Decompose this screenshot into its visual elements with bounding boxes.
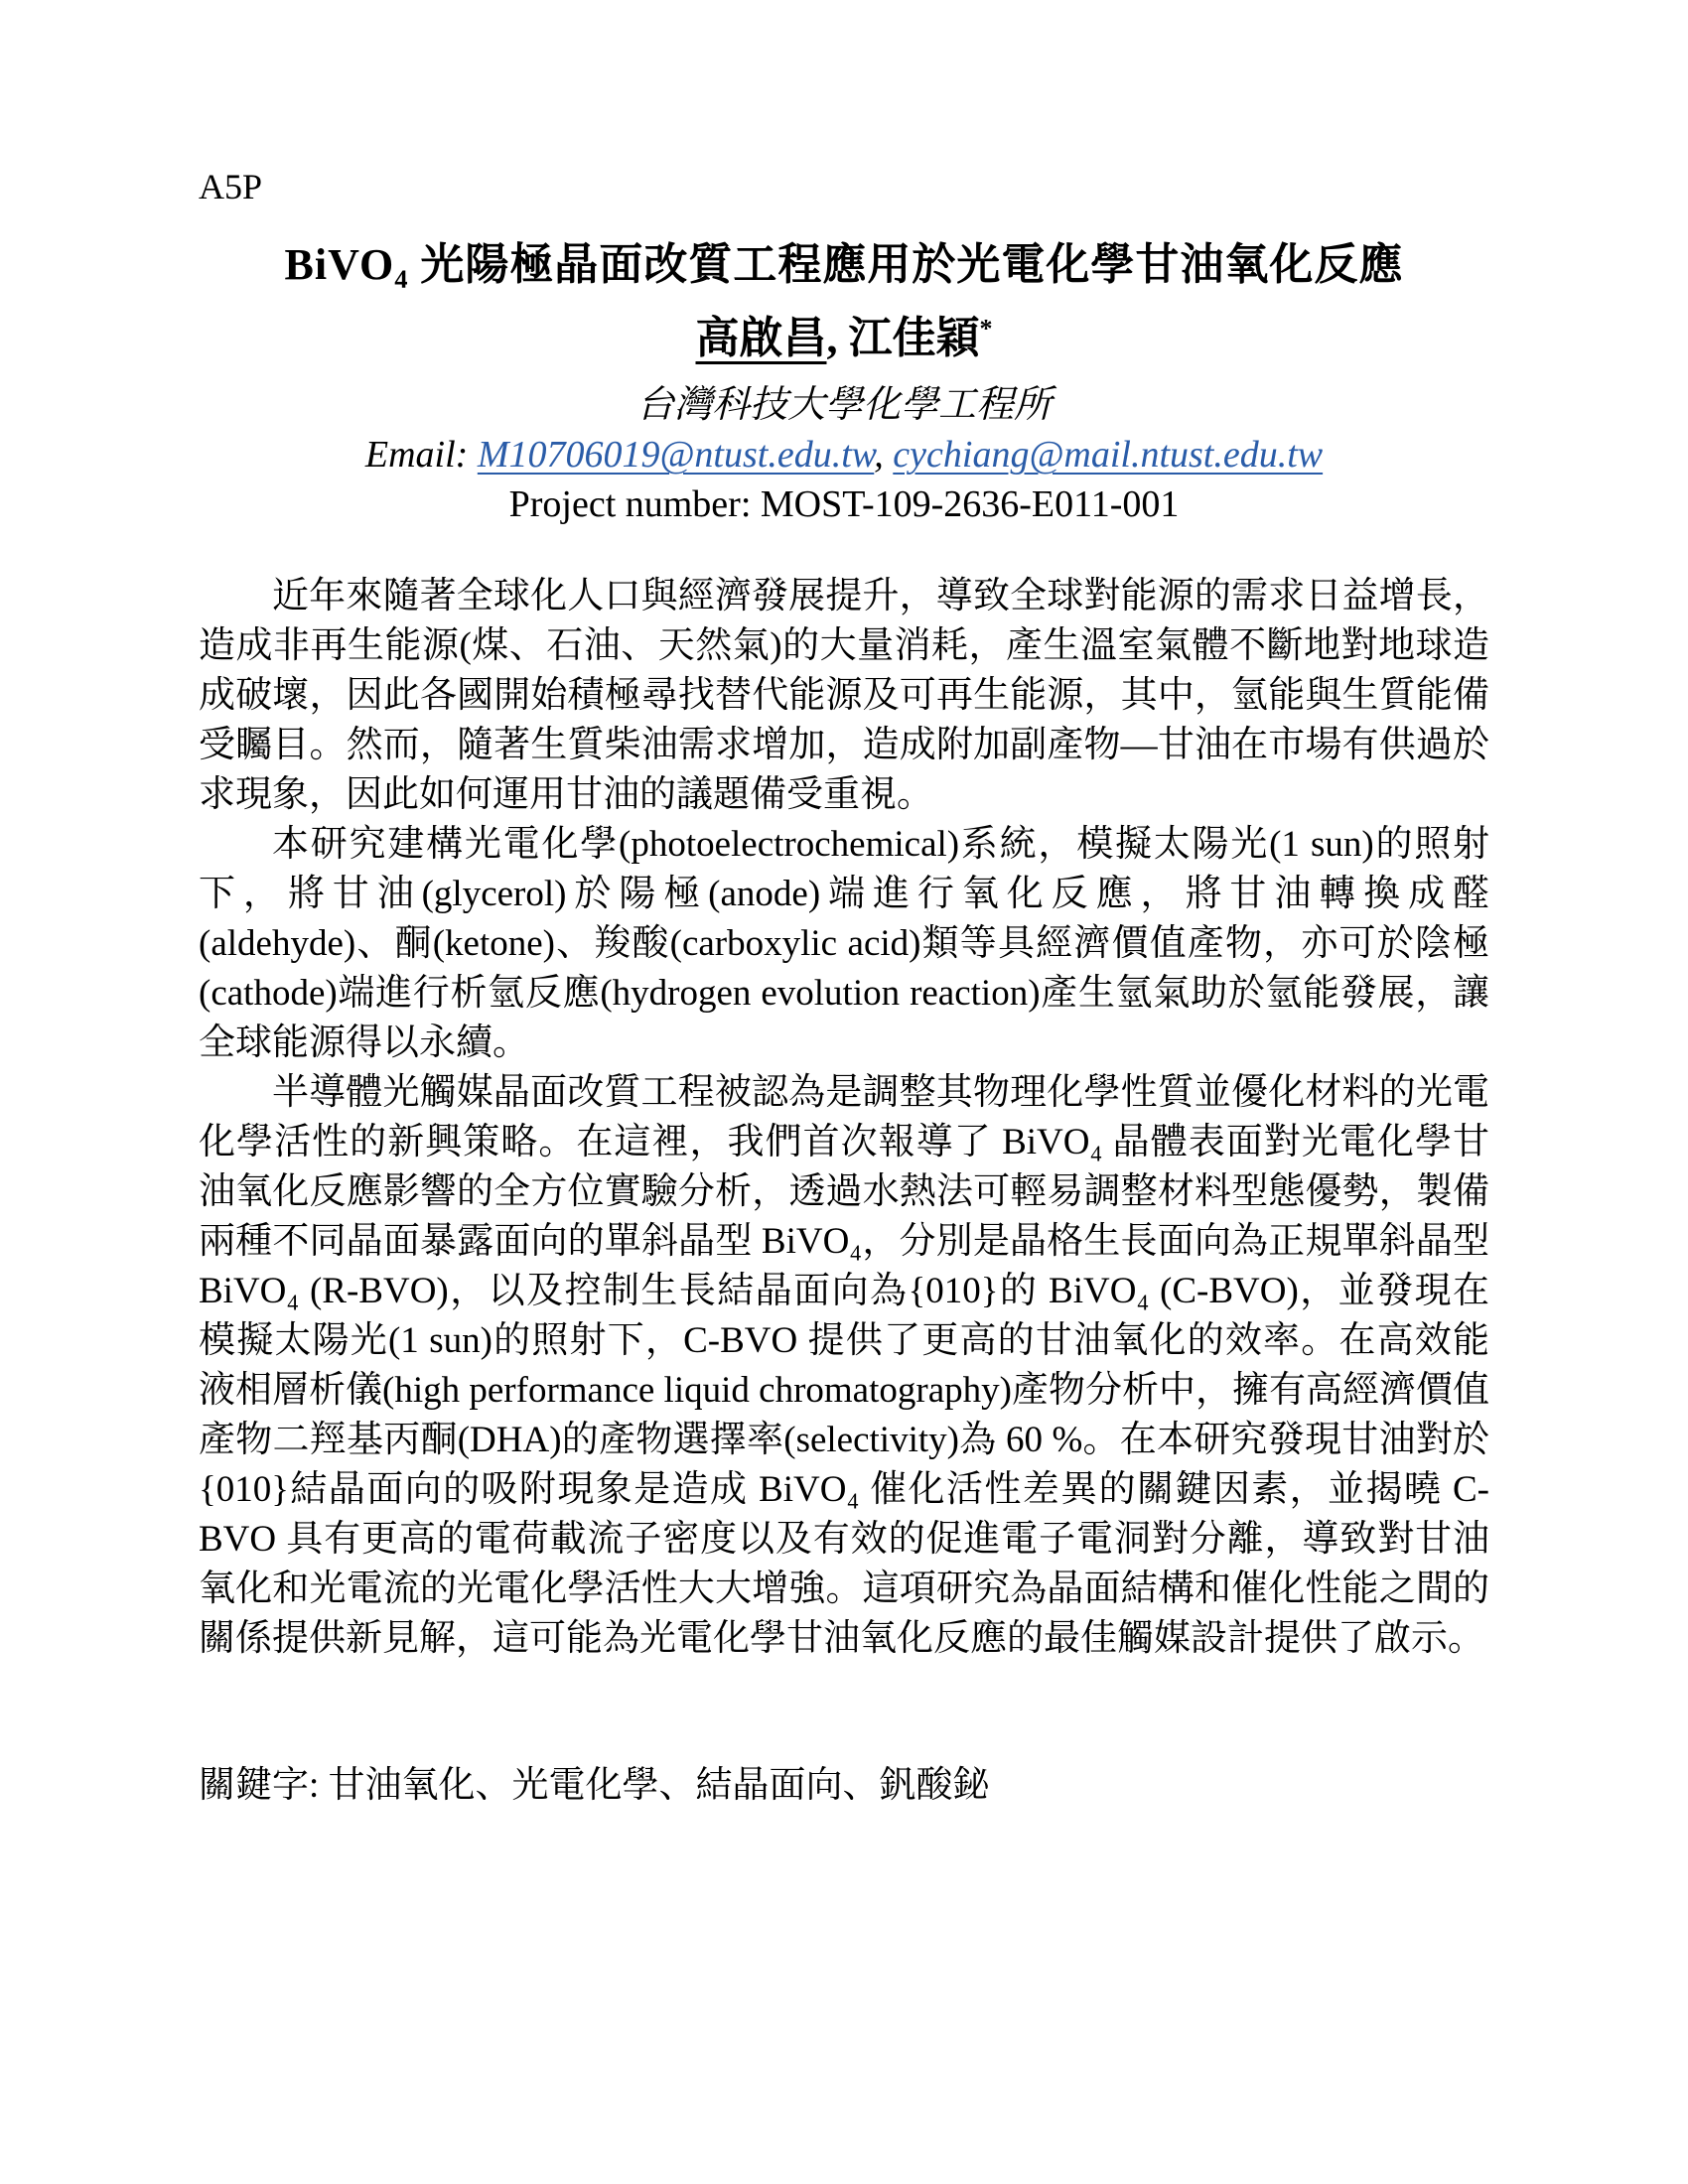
email-line: Email: M10706019@ntust.edu.tw, cychiang@… <box>199 431 1489 478</box>
abstract-paragraph-1: 近年來隨著全球化人口與經濟發展提升，導致全球對能源的需求日益增長，造成非再生能源… <box>199 572 1489 820</box>
abstract-paragraph-2: 本研究建構光電化學(photoelectrochemical)系統，模擬太陽光(… <box>199 820 1489 1068</box>
authors-line: 高啟昌, 江佳穎* <box>199 310 1489 367</box>
email-separator: , <box>874 434 893 476</box>
affiliation: 台灣科技大學化學工程所 <box>199 381 1489 429</box>
authors-separator: , <box>827 314 849 362</box>
email-label: Email: <box>365 434 478 476</box>
email-link-second[interactable]: cychiang@mail.ntust.edu.tw <box>893 434 1323 476</box>
email-link-first[interactable]: M10706019@ntust.edu.tw <box>478 434 874 476</box>
abstract-paragraph-3: 半導體光觸媒晶面改質工程被認為是調整其物理化學性質並優化材料的光電化學活性的新興… <box>199 1068 1489 1664</box>
keywords-line: 關鍵字: 甘油氧化、光電化學、結晶面向、釩酸鉍 <box>199 1761 1489 1811</box>
author-first: 高啟昌 <box>696 314 827 362</box>
project-number: Project number: MOST-109-2636-E011-001 <box>199 480 1489 528</box>
paper-title: BiVO₄ 光陽極晶面改質工程應用於光電化學甘油氧化反應 <box>199 236 1489 294</box>
abstract-body: 近年來隨著全球化人口與經濟發展提升，導致全球對能源的需求日益增長，造成非再生能源… <box>199 572 1489 1664</box>
author-second: 江佳穎 <box>849 314 980 362</box>
document-page: A5P BiVO₄ 光陽極晶面改質工程應用於光電化學甘油氧化反應 高啟昌, 江佳… <box>0 0 1688 2184</box>
corresponding-author-asterisk: * <box>980 314 993 342</box>
document-code: A5P <box>199 167 1489 206</box>
